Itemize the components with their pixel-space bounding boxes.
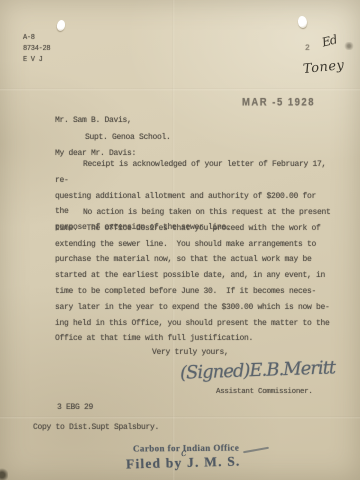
paper-hole xyxy=(297,15,308,28)
page-number: 2 xyxy=(305,44,310,53)
ink-smudge xyxy=(344,42,354,50)
valediction: Very truly yours, xyxy=(152,348,229,357)
date-received-stamp: MAR -5 1928 xyxy=(242,96,315,109)
paper-crease xyxy=(0,416,360,419)
file-codes: A-8 8734-28 E V J xyxy=(23,33,50,66)
ink-smudge xyxy=(0,468,8,480)
recipient-name: Mr. Sam B. Davis, xyxy=(55,116,132,125)
paper-hole xyxy=(56,19,66,31)
letter-page: A-8 8734-28 E V J 2 Ed Toney MAR -5 1928… xyxy=(0,0,360,480)
paper-crease xyxy=(0,88,360,91)
reference-line: 3 EBG 29 xyxy=(57,403,93,412)
signature-stamp: (Signed)E.B.Meritt xyxy=(180,357,336,383)
body-paragraph-2: No action is being taken on this request… xyxy=(55,205,331,347)
stamp-strike-mark xyxy=(243,447,269,453)
handwritten-name: Toney xyxy=(302,58,345,77)
recipient-title: Supt. Genoa School. xyxy=(85,133,171,142)
handwritten-initials: Ed xyxy=(321,32,338,49)
filed-by-stamp: Filed by J. M. S. xyxy=(126,454,241,473)
signer-title: Assistant Commissioner. xyxy=(216,388,313,396)
copy-distribution-line: Copy to Dist.Supt Spalsbury. xyxy=(33,423,159,432)
